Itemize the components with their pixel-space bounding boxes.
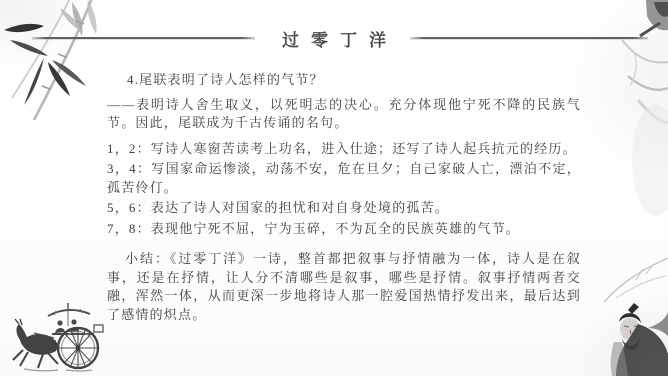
title-row: 过零丁洋 [0, 0, 668, 56]
analysis-line-3-4: 3，4：写国家命运惨淡，动荡不安，危在旦夕；自己家破人亡，漂泊不定，孤苦伶仃。 [107, 160, 581, 197]
slide: 过零丁洋 4.尾联表明了诗人怎样的气节？ ——表明诗人舍生取义，以死明志的决心。… [0, 0, 668, 376]
summary-text: 小结：《过零丁洋》一诗，整首都把叙事与抒情融为一体，诗人是在叙事，还是在抒情，让… [107, 250, 581, 324]
horse-chariot-ink-icon [10, 300, 110, 372]
analysis-line-7-8: 7，8：表现他宁死不屈，宁为玉碎，不为瓦全的民族英雄的气节。 [107, 220, 581, 239]
analysis-line-5-6: 5，6：表达了诗人对国家的担忧和对自身处境的孤苦。 [107, 199, 581, 218]
question-text: 4.尾联表明了诗人怎样的气节？ [107, 71, 581, 90]
slide-body-text: 4.尾联表明了诗人怎样的气节？ ——表明诗人舍生取义，以死明志的决心。充分体现他… [107, 71, 581, 324]
title-divider-right [410, 37, 648, 39]
scholar-portrait-ink-icon [588, 236, 668, 376]
analysis-line-1-2: 1，2：写诗人寒窗苦读考上功名，进入仕途；还写了诗人起兵抗元的经历。 [107, 140, 581, 159]
answer-text: ——表明诗人舍生取义，以死明志的决心。充分体现他宁死不降的民族气节。因此，尾联成… [107, 96, 581, 133]
